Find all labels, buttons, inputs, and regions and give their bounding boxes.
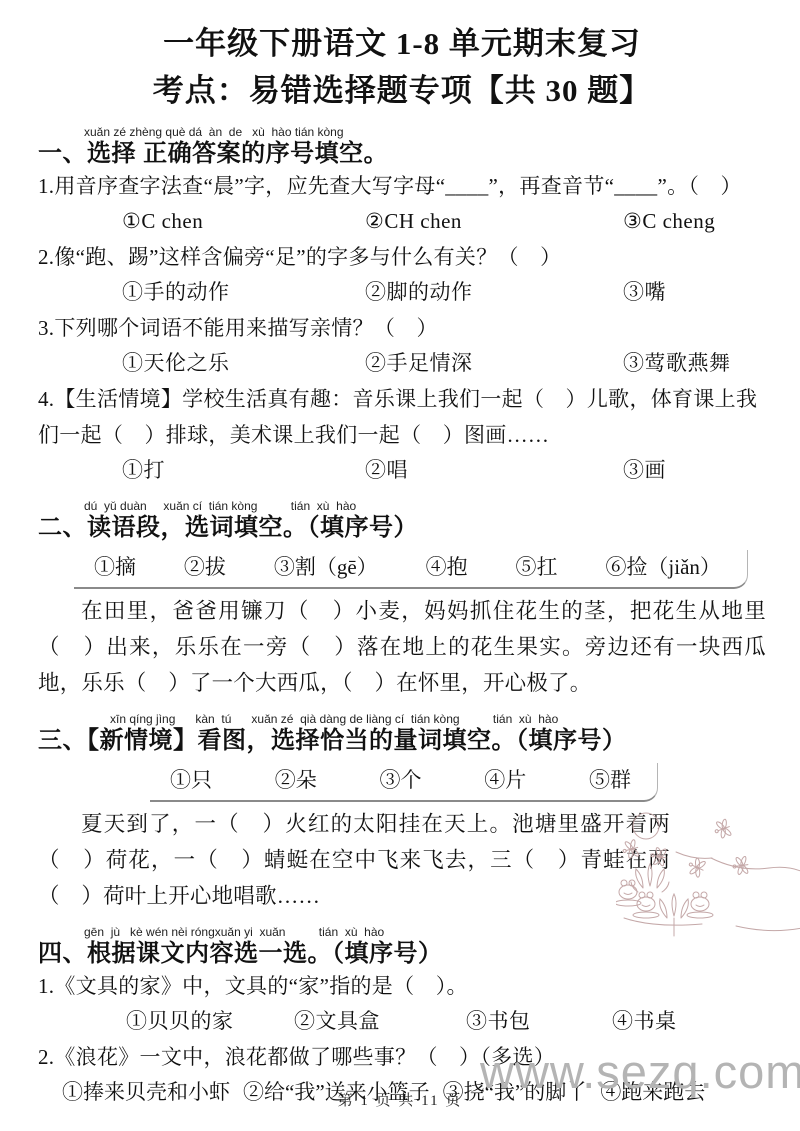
option: ②脚的动作 xyxy=(365,275,623,310)
lotus-flower-sketch xyxy=(660,894,689,936)
section-2: dú yǔ duàn xuǎn cí tián kòng tián xù hào… xyxy=(38,500,766,701)
option: ①手的动作 xyxy=(122,275,365,310)
option: ①C chen xyxy=(122,204,365,239)
section-2-pinyin: dú yǔ duàn xuǎn cí tián kòng tián xù hào xyxy=(84,500,766,513)
sun-sketch xyxy=(633,813,659,839)
dragonfly-icon xyxy=(649,846,667,867)
dragonfly-icon xyxy=(732,855,750,876)
worksheet-page: 一年级下册语文 1-8 单元期末复习 考点：易错选择题专项【共 30 题】 xu… xyxy=(0,0,800,1110)
section-3: xīn qíng jìng kàn tú xuǎn zé qià dàng de… xyxy=(38,713,766,914)
question-4-options: ①打 ②唱 ③画 xyxy=(38,453,766,488)
word-bank-item: ④片 xyxy=(484,764,526,797)
section-3-word-bank: ①只 ②朵 ③个 ④片 ⑤群 xyxy=(150,763,658,802)
question-1-options: ①C chen ②CH chen ③C cheng xyxy=(38,204,766,239)
word-bank-item: ④抱 xyxy=(426,551,468,584)
word-bank-item: ①摘 xyxy=(94,551,136,584)
word-bank-item: ②朵 xyxy=(275,764,317,797)
word-bank-item: ⑥捡（jiǎn） xyxy=(605,551,721,584)
option: ④书桌 xyxy=(612,1004,766,1039)
question-4-text: 4.【生活情境】学校生活真有趣：音乐课上我们一起（ ）儿歌，体育课上我们一起（ … xyxy=(38,381,766,453)
option: ③莺歌燕舞 xyxy=(623,346,766,381)
option: ②手足情深 xyxy=(365,346,623,381)
option: ②唱 xyxy=(365,453,623,488)
frog-sketch xyxy=(687,892,713,918)
question-3-text: 3.下列哪个词语不能用来描写亲情？（ ） xyxy=(38,310,766,346)
question-2-text: 2.像“跑、踢”这样含偏旁“足”的字多与什么有关？（ ） xyxy=(38,239,766,275)
option: ③画 xyxy=(623,453,766,488)
frog-sketch xyxy=(633,892,659,918)
section-1-heading: xuǎn zé zhèng què dá àn de xù hào tián k… xyxy=(38,126,766,168)
question-1-text: 1.用音序查字法查“晨”字，应先查大写字母“____”，再查音节“____”。（… xyxy=(38,168,766,204)
section-2-passage: 在田里，爸爸用镰刀（ ）小麦，妈妈抓住花生的茎，把花生从地里（ ）出来，乐乐在一… xyxy=(38,593,766,701)
option: ③嘴 xyxy=(623,275,766,310)
question-1-options: ①贝贝的家 ②文具盒 ③书包 ④书桌 xyxy=(38,1004,766,1039)
option: ③C cheng xyxy=(623,204,766,239)
word-bank-item: ③个 xyxy=(380,764,422,797)
question-1-text: 1.《文具的家》中，文具的“家”指的是（ ）。 xyxy=(38,968,766,1004)
question-3-options: ①天伦之乐 ②手足情深 ③莺歌燕舞 xyxy=(38,346,766,381)
dragonfly-icon xyxy=(621,838,640,860)
option: ②文具盒 xyxy=(294,1004,466,1039)
section-2-heading: dú yǔ duàn xuǎn cí tián kòng tián xù hào… xyxy=(38,500,766,542)
word-bank-item: ①只 xyxy=(170,764,212,797)
pond-illustration xyxy=(616,800,800,946)
option: ①贝贝的家 xyxy=(126,1004,294,1039)
option: ①天伦之乐 xyxy=(122,346,365,381)
option: ①打 xyxy=(122,453,365,488)
dragonfly-icon xyxy=(712,818,733,841)
page-footer: 第 1 页 共 11 页 xyxy=(0,1089,800,1110)
section-1: xuǎn zé zhèng què dá àn de xù hào tián k… xyxy=(38,126,766,488)
word-bank-item: ②拔 xyxy=(184,551,226,584)
section-3-pinyin: xīn qíng jìng kàn tú xuǎn zé qià dàng de… xyxy=(110,713,766,726)
lotus-flower-sketch xyxy=(631,864,669,892)
page-title: 一年级下册语文 1-8 单元期末复习 考点：易错选择题专项【共 30 题】 xyxy=(38,20,766,114)
section-1-pinyin: xuǎn zé zhèng què dá àn de xù hào tián k… xyxy=(84,126,766,139)
question-2-options: ①手的动作 ②脚的动作 ③嘴 xyxy=(38,275,766,310)
section-2-title: 二、读语段，选词填空。（填序号） xyxy=(38,513,766,542)
dragonfly-icon xyxy=(686,855,708,878)
section-2-word-bank: ①摘 ②拔 ③割（gē） ④抱 ⑤扛 ⑥捡（jiǎn） xyxy=(74,550,748,589)
page-title-line2: 考点：易错选择题专项【共 30 题】 xyxy=(38,67,766,114)
section-1-title: 一、选择 正确答案的序号填空。 xyxy=(38,139,766,168)
page-title-line1: 一年级下册语文 1-8 单元期末复习 xyxy=(38,20,766,67)
option: ②CH chen xyxy=(365,204,623,239)
section-3-heading: xīn qíng jìng kàn tú xuǎn zé qià dàng de… xyxy=(38,713,766,755)
section-3-title: 三、【新情境】看图，选择恰当的量词填空。（填序号） xyxy=(38,726,766,755)
word-bank-item: ⑤扛 xyxy=(516,551,558,584)
word-bank-item: ⑤群 xyxy=(589,764,631,797)
section-3-passage: 夏天到了，一（ ）火红的太阳挂在天上。池塘里盛开着两（ ）荷花，一（ ）蜻蜓在空… xyxy=(38,806,670,914)
word-bank-item: ③割（gē） xyxy=(274,551,378,584)
option: ③书包 xyxy=(466,1004,612,1039)
